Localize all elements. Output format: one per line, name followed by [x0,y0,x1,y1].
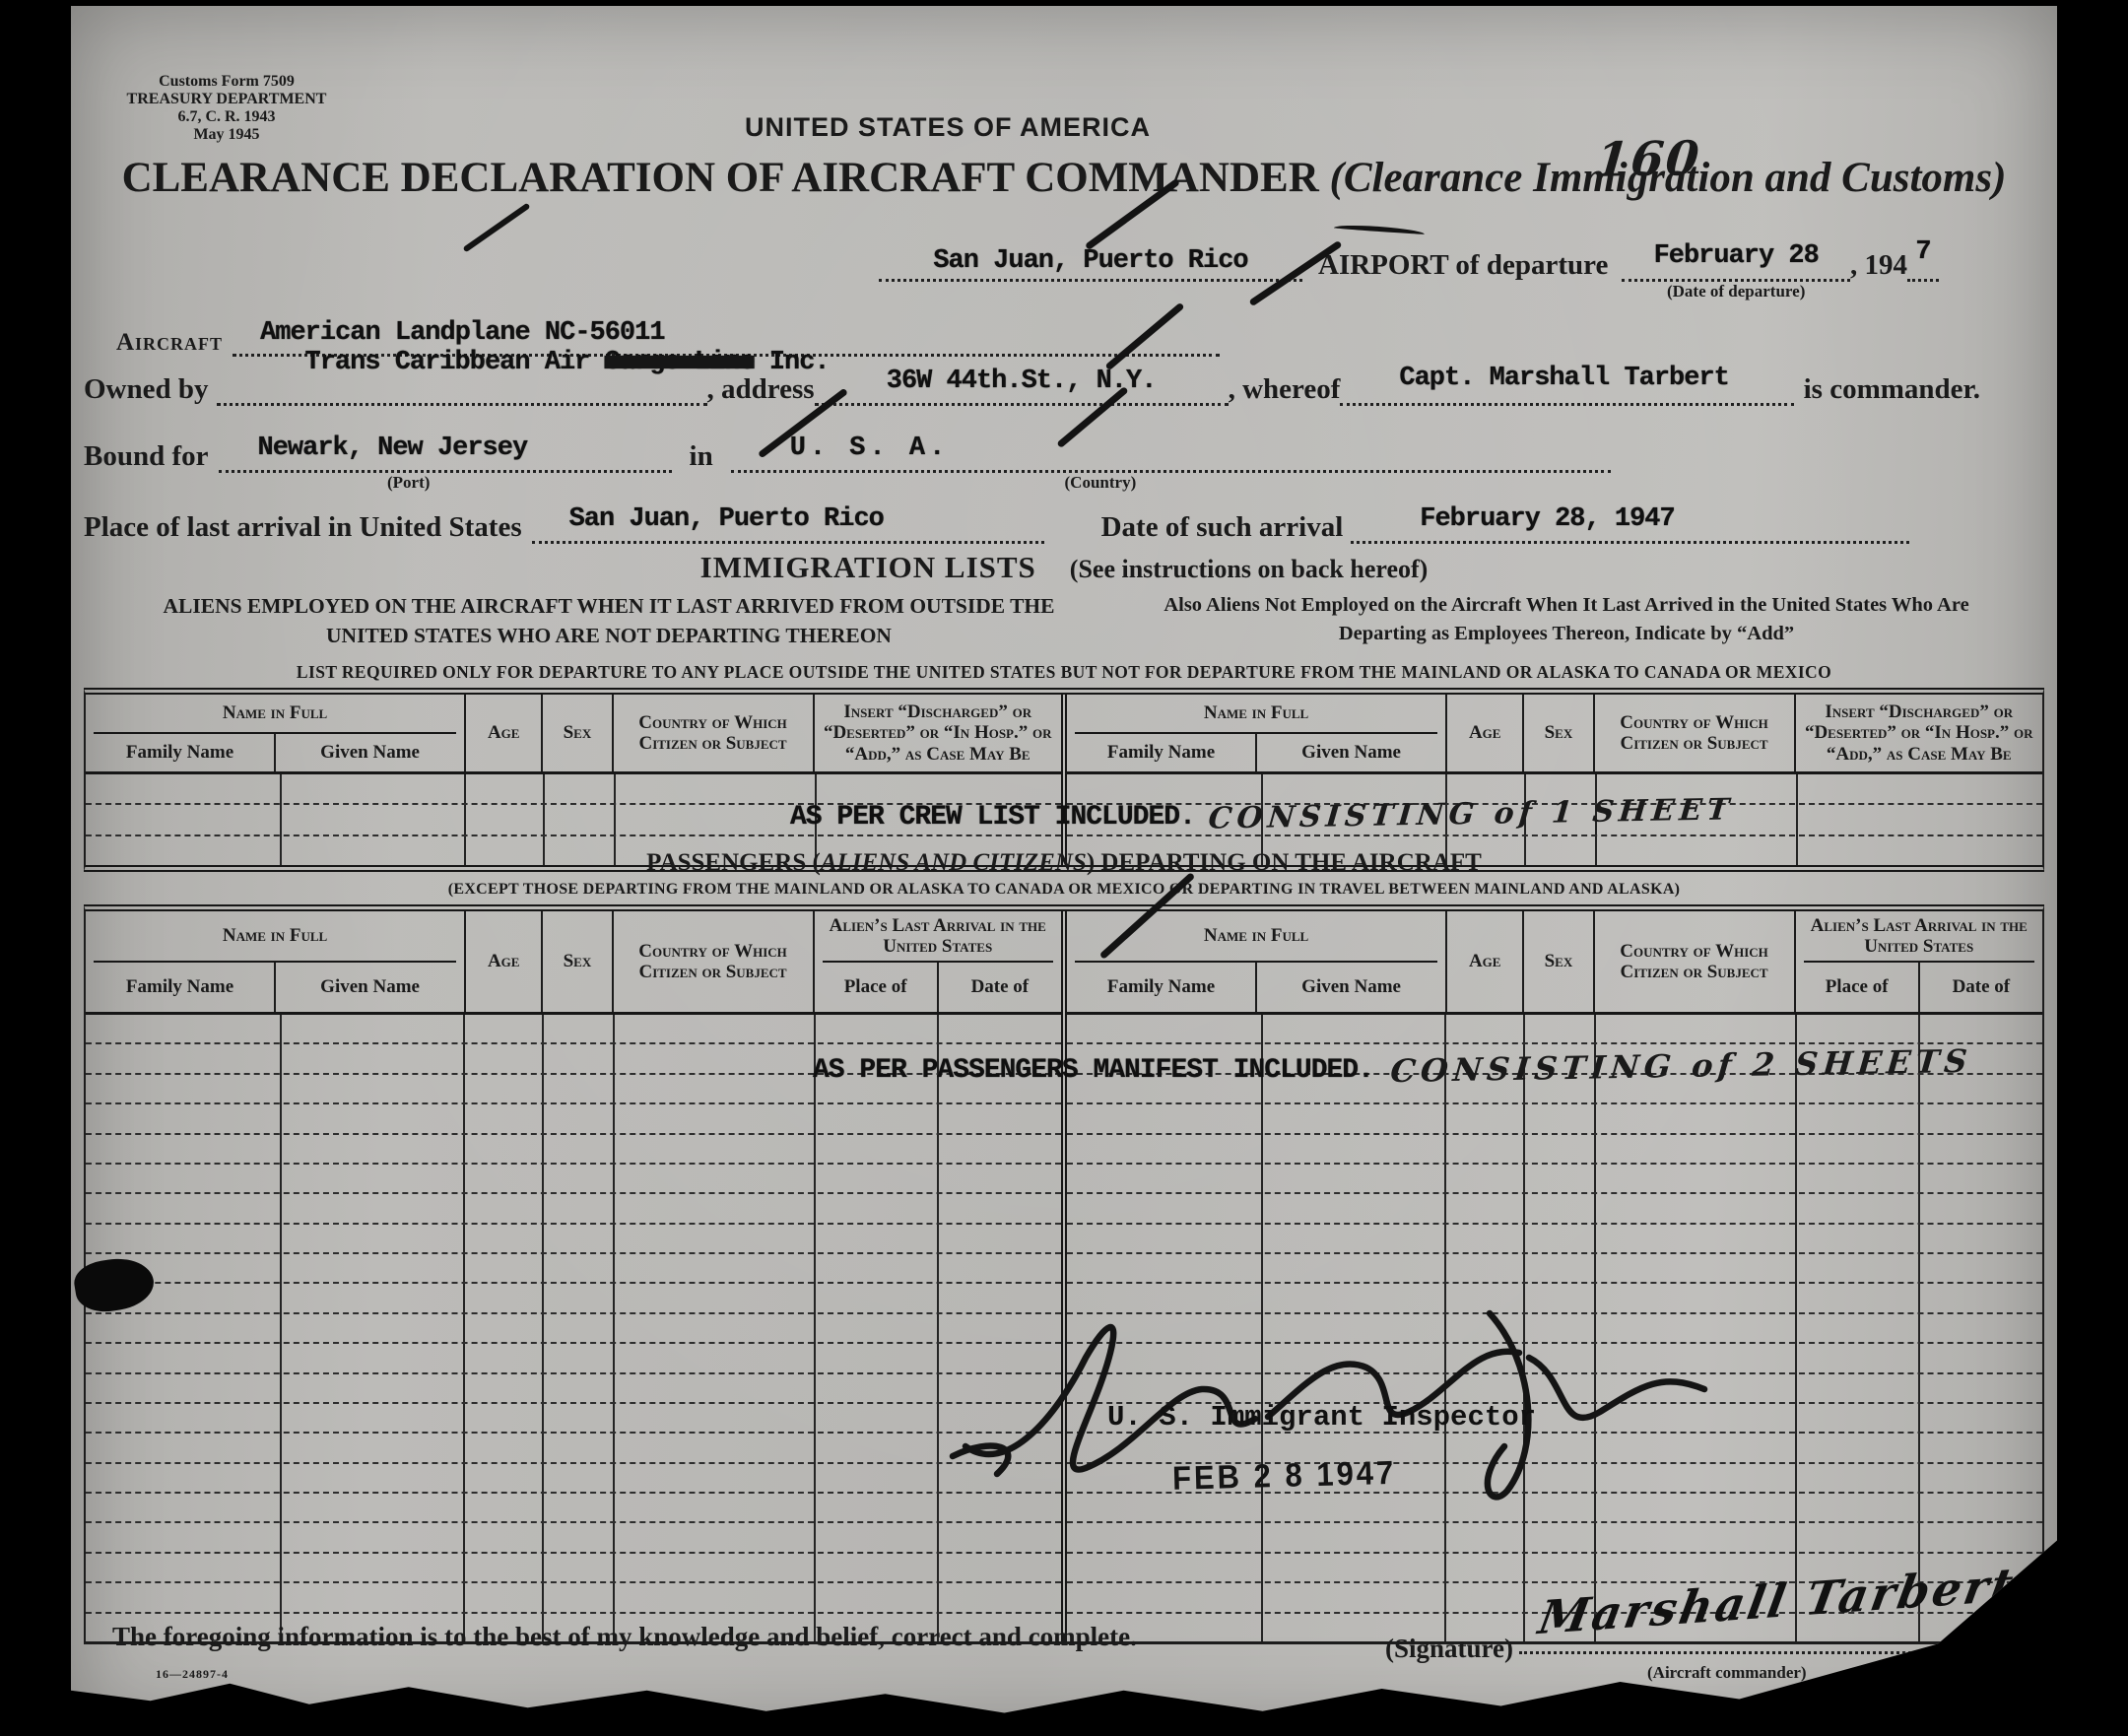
title-main: CLEARANCE DECLARATION OF AIRCRAFT COMMAN… [122,155,1330,201]
country-value: U. S. A. [790,434,950,463]
col-aliens-last-arrival: Alien’s Last Arrival in the United State… [815,911,1061,961]
col-place-of: Place of [1796,963,1918,1012]
commander-value: Capt. Marshall Tarbert [1399,364,1728,393]
regulation-ref: 6.7, C. R. 1943 [108,108,345,126]
col-country: Country of Which Citizen or Subject [1595,911,1796,1012]
col-insert-status: Insert “Discharged” or “Deserted” or “In… [1796,695,2042,771]
passengers-title-italic: ALIENS AND CITIZENS [821,849,1087,876]
bound-for-line: Bound for Newark, New Jersey (Port) in U… [84,432,1611,473]
print-code: 16—24897-4 [156,1667,229,1682]
departure-date-value: February 28 [1654,241,1819,271]
signature-label: (Signature) [1385,1634,1513,1664]
owner-field: Trans Caribbean Air Cargo Line Inc. [217,373,707,406]
whereof-label: , whereof [1229,375,1341,406]
last-arrival-line: Place of last arrival in United States S… [84,504,1909,544]
passenger-table: Name in Full Family Name Given Name Age … [84,904,2044,1644]
address-label: , address [707,375,815,406]
col-given-name: Given Name [274,963,464,1012]
document-title: CLEARANCE DECLARATION OF AIRCRAFT COMMAN… [71,154,2057,202]
passenger-entry-handwritten: CONSISTING of 2 SHEETS [1389,1042,1973,1090]
inspector-title: U. S. Immigrant Inspector [1107,1401,1536,1434]
passengers-heading: PASSENGERS (ALIENS AND CITIZENS) DEPARTI… [71,849,2057,877]
aliens-not-employed-note: Also Aliens Not Employed on the Aircraft… [1133,591,2000,647]
airport-of-departure-field: San Juan, Puerto Rico [879,249,1302,282]
in-label: in [672,442,731,473]
owned-by-label: Owned by [84,375,209,406]
country-field: U. S. A. (Country) [731,440,1611,473]
col-country: Country of Which Citizen or Subject [614,911,815,1012]
form-number: Customs Form 7509 [108,73,345,91]
last-arrival-place-field: San Juan, Puerto Rico [532,511,1044,544]
col-country: Country of Which Citizen or Subject [614,695,815,771]
pen-check-mark [463,203,531,253]
crew-table-left-half: Name in Full Family Name Given Name Age … [86,695,1061,865]
year-digit-value: 7 [1915,237,1930,267]
arrival-date-label: Date of such arrival [1101,513,1344,544]
date-of-departure-field: February 28 (Date of departure) [1622,249,1850,282]
col-family-name: Family Name [1067,734,1255,771]
col-age: Age [466,911,543,1012]
col-age: Age [1447,695,1524,771]
col-aliens-last-arrival: Alien’s Last Arrival in the United State… [1796,911,2042,961]
owner-line: Owned by Trans Caribbean Air Cargo Line … [84,363,1980,406]
crew-entry-handwritten: CONSISTING of 1 SHEET [1207,792,1735,835]
airport-value: San Juan, Puerto Rico [933,246,1247,276]
is-commander-label: is commander. [1794,375,1980,406]
aircraft-value: American Landplane NC-56011 [260,318,664,348]
passengers-title-post: ) DEPARTING ON THE AIRCRAFT [1087,849,1482,876]
col-sex: Sex [543,695,613,771]
owner-name-post: Inc. [769,348,830,377]
col-sex: Sex [543,911,613,1012]
last-arrival-label: Place of last arrival in United States [84,513,522,544]
col-given-name: Given Name [1255,963,1445,1012]
col-place-of: Place of [815,963,937,1012]
arrival-date-value: February 28, 1947 [1420,504,1674,534]
col-name-in-full: Name in Full [86,695,464,732]
commander-field: Capt. Marshall Tarbert [1340,373,1793,406]
immigration-lists-heading: IMMIGRATION LISTS (See instructions on b… [71,550,2057,585]
col-insert-status: Insert “Discharged” or “Deserted” or “In… [815,695,1061,771]
paper-sheet: Customs Form 7509 TREASURY DEPARTMENT 6.… [71,6,2057,1730]
col-sex: Sex [1524,911,1594,1012]
attestation-statement: The foregoing information is to the best… [112,1622,1137,1652]
col-given-name: Given Name [1255,734,1445,771]
passenger-manifest-entry: AS PER PASSENGERS MANIFEST INCLUDED. CON… [813,1047,1971,1086]
arrival-date-field: February 28, 1947 [1351,511,1909,544]
year-digit-field: 7 [1907,249,1939,282]
aircraft-commander-sublabel: (Aircraft commander) [1647,1663,1807,1683]
owner-name-pre: Trans Caribbean Air [305,348,590,377]
crew-table: Name in Full Family Name Given Name Age … [84,688,2044,872]
crew-list-entry: AS PER CREW LIST INCLUDED. CONSISTING of… [790,797,1733,833]
port-field: Newark, New Jersey (Port) [219,440,672,473]
pen-underline-mark [1334,224,1425,234]
title-paren: (Clearance Immigration and Customs) [1330,155,2007,201]
last-arrival-place-value: San Juan, Puerto Rico [569,504,884,534]
airport-label: AIRPORT of departure [1302,251,1622,282]
treasury-meta: Customs Form 7509 TREASURY DEPARTMENT 6.… [108,73,345,144]
scanned-document-page: { "form_meta": { "line1": "Customs Form … [0,0,2128,1736]
col-family-name: Family Name [86,734,274,771]
date-of-departure-sublabel: (Date of departure) [1667,279,1805,301]
col-name-in-full: Name in Full [86,911,464,961]
col-given-name: Given Name [274,734,464,771]
passenger-table-right-half: Name in Full Family Name Given Name Age … [1061,911,2042,1641]
date-stamp: FEB 2 8 1947 [1172,1454,1397,1499]
passenger-entry-typed: AS PER PASSENGERS MANIFEST INCLUDED. [813,1055,1373,1086]
col-sex: Sex [1524,695,1594,771]
col-date-of: Date of [937,963,1061,1012]
bound-for-label: Bound for [84,442,209,473]
list-required-note: LIST REQUIRED ONLY FOR DEPARTURE TO ANY … [71,660,2057,685]
owner-name-struck: Cargo Line [605,348,755,377]
col-name-in-full: Name in Full [1067,695,1445,732]
passengers-subheading: (EXCEPT THOSE DEPARTING FROM THE MAINLAN… [71,881,2057,899]
passenger-table-left-half: Name in Full Family Name Given Name Age … [86,911,1061,1641]
col-age: Age [466,695,543,771]
department-name: TREASURY DEPARTMENT [108,91,345,108]
aircraft-label: Aircraft [116,330,223,357]
year-prefix: , 194 [1850,251,1907,282]
col-date-of: Date of [1918,963,2042,1012]
crew-entry-typed: AS PER CREW LIST INCLUDED. [790,802,1195,833]
address-value: 36W 44th.St., N.Y. [887,367,1157,396]
col-country: Country of Which Citizen or Subject [1595,695,1796,771]
port-sublabel: (Port) [387,470,430,493]
aliens-employed-note: ALIENS EMPLOYED ON THE AIRCRAFT WHEN IT … [156,591,1062,650]
revision-date: May 1945 [108,126,345,144]
address-field: 36W 44th.St., N.Y. [815,373,1229,406]
country-heading: UNITED STATES OF AMERICA [603,112,1293,143]
col-family-name: Family Name [86,963,274,1012]
country-sublabel: (Country) [1065,470,1137,493]
passengers-title-pre: PASSENGERS ( [646,849,821,876]
signature-line [1519,1651,2012,1654]
port-value: Newark, New Jersey [258,434,528,463]
immigration-lists-title: IMMIGRATION LISTS [700,550,1036,584]
col-family-name: Family Name [1067,963,1255,1012]
departure-line: San Juan, Puerto Rico AIRPORT of departu… [879,242,1939,282]
col-age: Age [1447,911,1524,1012]
immigration-lists-subtitle: (See instructions on back hereof) [1070,555,1429,583]
crew-table-right-half: Name in Full Family Name Given Name Age … [1061,695,2042,865]
